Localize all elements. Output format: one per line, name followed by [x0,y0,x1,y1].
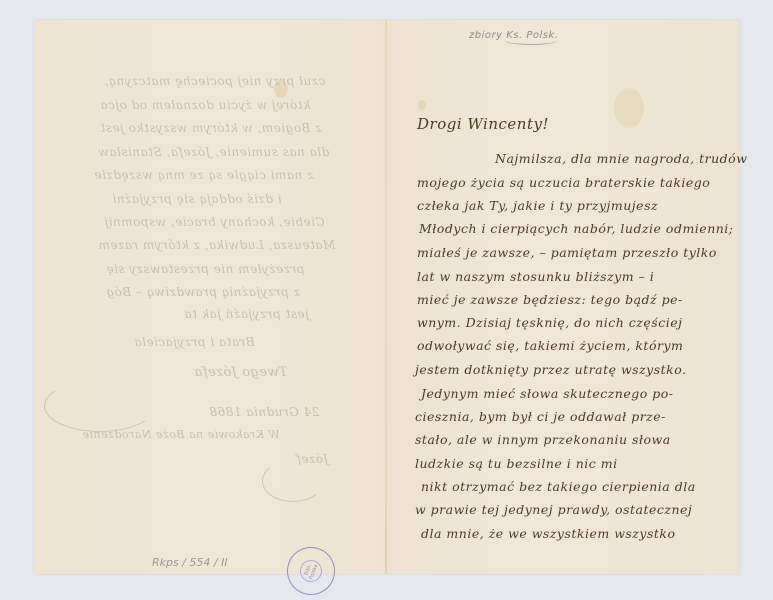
bleed-line: i dziś oddają się przyjaźni [112,192,282,206]
bleed-line: dla nas sumienie, Józefa, Stanisław [98,145,329,159]
bleed-line: z przyjaźnią prawdziwą – Bóg [106,285,300,299]
letter-line: mieć je zawsze będziesz: tego bądź pe- [417,292,683,307]
bleed-line: jest przyjaźń jak ta [184,307,309,321]
letter-line: Najmilsza, dla mnie nagroda, trudów [495,151,747,166]
shelfmark-pencil: Rkps / 554 / II [152,556,228,569]
letter-line: w prawie tej jedynej prawdy, ostatecznej [415,502,692,517]
letter-line: odwoływać się, takiemi życiem, którym [417,338,683,353]
letter-line: Jedynym mieć słowa skutecznego po- [421,386,674,401]
letter-line: ludzkie są tu bezsilne i nic mi [415,456,618,471]
letter-line: lat w naszym stosunku bliższym – i [417,269,654,284]
letter-line: nikt otrzymać bez takiego cierpienia dla [421,479,696,494]
bleed-line: której w życiu doznałem od ojca [100,98,310,112]
letter-line: Młodych i cierpiących nabór, ludzie odmi… [419,221,734,236]
letter-sheet: czuł przy niej pociechę matczyną, której… [34,20,740,574]
letter-line: wnym. Dzisiaj tęsknię, do nich częściej [417,315,682,330]
letter-line: dla mnie, że we wszystkiem wszystko [421,526,676,541]
bleed-line: przeżyłem nie przestawszy się [106,262,305,276]
bleed-line: Brata i przyjaciela [134,335,255,349]
bleed-line: czuł przy niej pociechę matczyną, [104,74,325,88]
letter-line: stało, ale w innym przekonaniu słowa [415,432,671,447]
signature-flourish [262,460,324,502]
pencil-underline [505,36,557,45]
letter-line: mojego życia są uczucia braterskie takie… [417,175,710,190]
signature-flourish [44,380,156,432]
library-stamp: Bibl. Polska [280,540,342,600]
bleed-line: Mateusza, Ludwika, z którym razem [98,238,335,252]
right-page: zbiory Ks. Polsk. Drogi Wincenty! Najmil… [387,20,740,574]
stamp-center: Bibl. Polska [297,557,325,585]
bleed-line: z nami ciągle są ze mną wszędzie [94,168,313,182]
salutation: Drogi Wincenty! [417,115,549,133]
letter-line: ciesznia, bym był ci je oddawał prze- [415,409,666,424]
letter-line: człeka jak Ty, jakie i ty przyjmujesz [417,198,658,213]
letter-line: jestem dotknięty przez utratę wszystko. [415,362,687,377]
bleed-line: Twego Józefa [194,365,287,380]
bleed-line: 24 Grudnia 1868 [209,405,319,419]
bleed-line: Ciebie, kochany bracie, wspomnij [104,215,325,229]
letter-line: miałeś je zawsze, – pamiętam przeszło ty… [417,245,717,260]
left-page: czuł przy niej pociechę matczyną, której… [34,20,385,574]
bleed-line: z Bogiem, w którym wszystko jest [100,121,322,135]
